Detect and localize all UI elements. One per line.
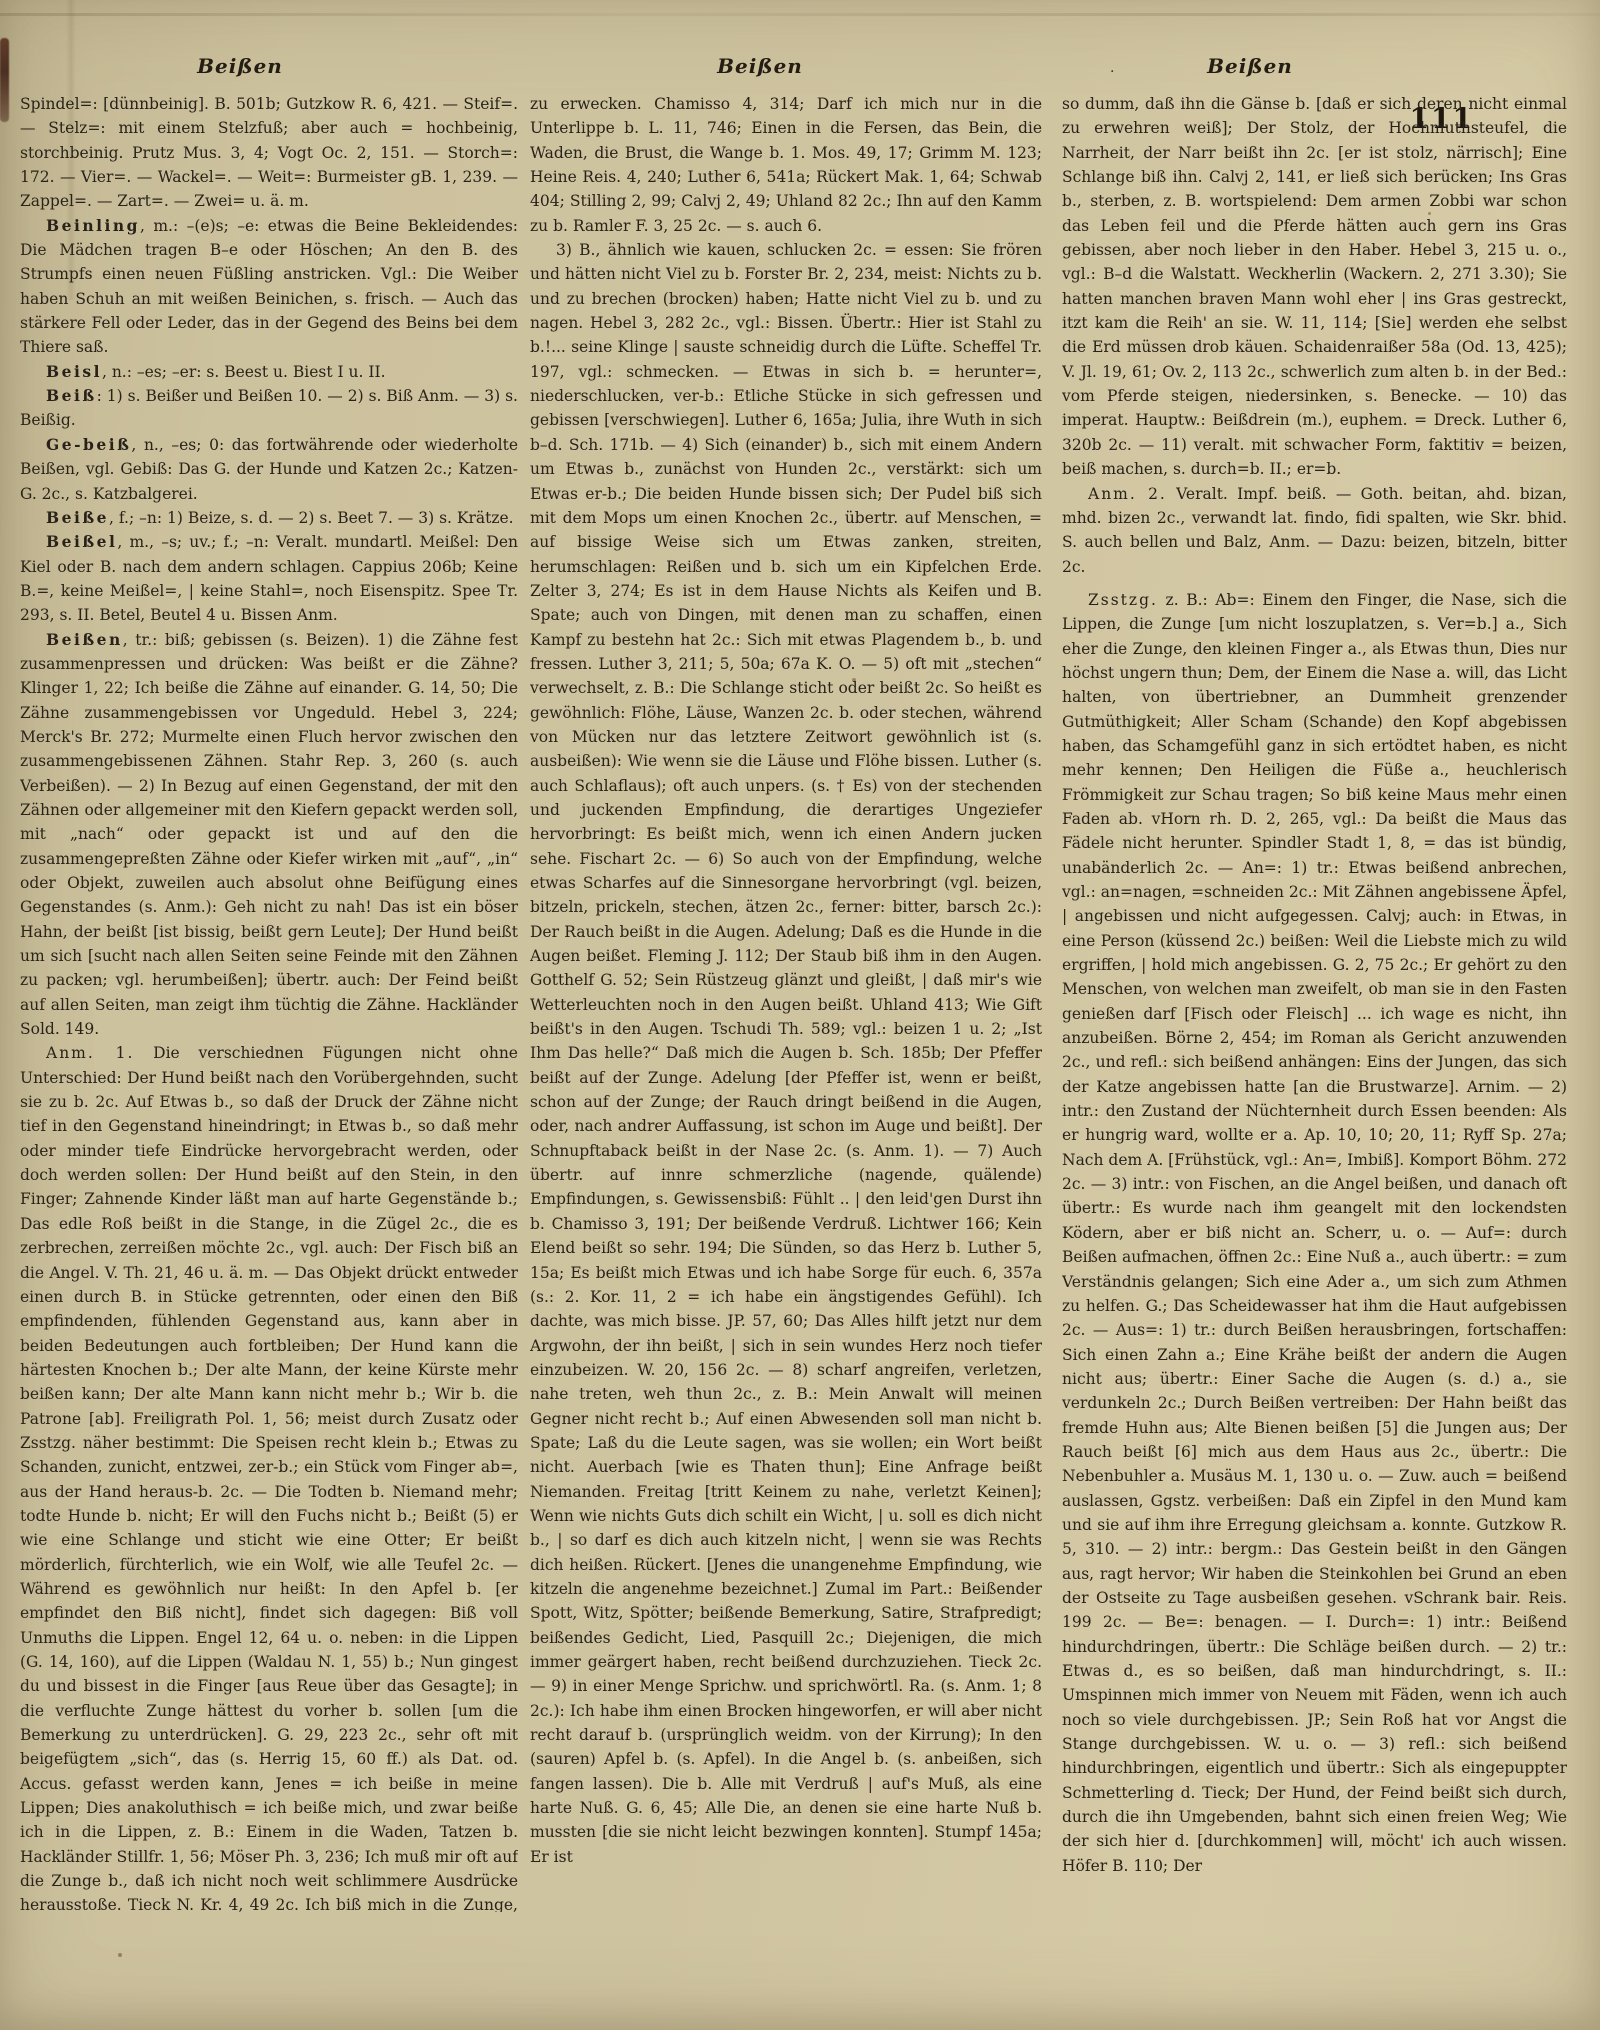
running-title-column-2: Beißen	[717, 54, 803, 78]
text-column-3: so dumm, daß ihn die Gänse b. [daß er si…	[1062, 92, 1567, 1912]
dictionary-entry: Ge-beiß, n., –es; 0: das fortwährende od…	[20, 433, 518, 506]
paragraph-text: Spindel=: [dünnbeinig]. B. 501b; Gutzkow…	[20, 95, 518, 210]
paper-speck	[118, 1953, 122, 1957]
dictionary-entry: Beißel, m., –s; uv.; f.; –n: Veralt. mun…	[20, 530, 518, 627]
compounds-paragraph: Zsstzg. z. B.: Ab=: Einem den Finger, di…	[1062, 588, 1567, 1878]
text-columns: Spindel=: [dünnbeinig]. B. 501b; Gutzkow…	[20, 92, 1567, 1912]
paragraph-text: so dumm, daß ihn die Gänse b. [daß er si…	[1062, 95, 1567, 478]
annotation-paragraph: Anm. 1. Die verschiednen Fügungen nicht …	[20, 1041, 518, 1912]
annotation-label: Anm. 2.	[1088, 485, 1167, 503]
dictionary-entry: Beisl, n.: –es; –er: s. Beest u. Biest I…	[20, 360, 518, 384]
entry-headword: Ge-beiß	[46, 435, 131, 454]
annotation-paragraph: Anm. 2. Veralt. Impf. beiß. — Goth. beit…	[1062, 482, 1567, 579]
paragraph-text: zu erwecken. Chamisso 4, 314; Darf ich m…	[530, 95, 1042, 235]
dictionary-entry: Beiß: 1) s. Beißer und Beißen 10. — 2) s…	[20, 384, 518, 433]
paragraph-text: z. B.: Ab=: Einem den Finger, die Nase, …	[1062, 591, 1567, 1875]
paragraph: Spindel=: [dünnbeinig]. B. 501b; Gutzkow…	[20, 92, 518, 214]
paragraph: 3) B., ähnlich wie kauen, schlucken 2c. …	[530, 238, 1042, 1869]
text-column-1: Spindel=: [dünnbeinig]. B. 501b; Gutzkow…	[20, 92, 518, 1912]
dictionary-entry: Beißen, tr.: biß; gebissen (s. Beizen). …	[20, 628, 518, 1042]
paragraph-text: 3) B., ähnlich wie kauen, schlucken 2c. …	[530, 241, 1042, 1866]
entry-headword: Beiß	[46, 386, 97, 405]
entry-headword: Beißel	[46, 532, 117, 551]
entry-headword: Beiße	[46, 508, 109, 527]
running-head: Beißen Beißen · Beißen 111	[0, 54, 1600, 88]
entry-headword: Beißen	[46, 630, 123, 649]
running-title-column-3: Beißen	[1207, 54, 1293, 78]
paragraph-text: Die verschiednen Fügungen nicht ohne Unt…	[20, 1044, 518, 1912]
text-column-2: zu erwecken. Chamisso 4, 314; Darf ich m…	[530, 92, 1042, 1912]
entry-headword: Beinling	[46, 216, 140, 235]
paragraph-text: , n.: –es; –er: s. Beest u. Biest I u. I…	[102, 363, 386, 381]
scanned-dictionary-page: Beißen Beißen · Beißen 111 Spindel=: [dü…	[0, 0, 1600, 2030]
paragraph: so dumm, daß ihn die Gänse b. [daß er si…	[1062, 92, 1567, 482]
paragraph-text: , tr.: biß; gebissen (s. Beizen). 1) die…	[20, 631, 518, 1039]
running-title-column-1: Beißen	[197, 54, 283, 78]
paragraph: zu erwecken. Chamisso 4, 314; Darf ich m…	[530, 92, 1042, 238]
header-separator-dot: ·	[1110, 64, 1114, 80]
dictionary-entry: Beiße, f.; –n: 1) Beize, s. d. — 2) s. B…	[20, 506, 518, 530]
compounds-label: Zsstzg.	[1088, 591, 1158, 609]
paragraph-text: , m.: –(e)s; –e: etwas die Beine Bekleid…	[20, 217, 518, 357]
dictionary-entry: Beinling, m.: –(e)s; –e: etwas die Beine…	[20, 214, 518, 360]
entry-headword: Beisl	[46, 362, 102, 381]
annotation-label: Anm. 1.	[46, 1044, 134, 1062]
paragraph-text: , f.; –n: 1) Beize, s. d. — 2) s. Beet 7…	[109, 509, 514, 527]
